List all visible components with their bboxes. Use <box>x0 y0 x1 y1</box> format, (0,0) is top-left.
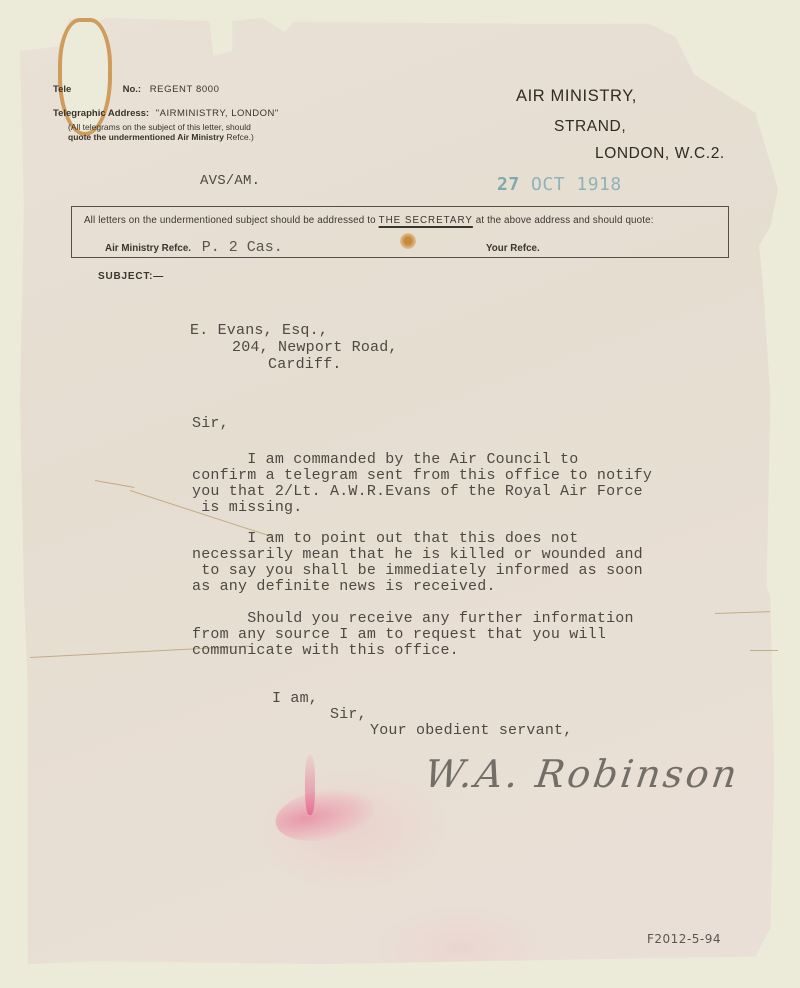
reference-box: All letters on the undermentioned subjec… <box>71 206 729 258</box>
ministry-ref-label: Air Ministry Refce. <box>105 243 191 254</box>
subject-label: SUBJECT:— <box>98 271 164 282</box>
ref-box-instruction: All letters on the undermentioned subjec… <box>84 215 654 226</box>
date-stamp-day: 27 <box>497 174 520 195</box>
body-line: confirm a telegram sent from this office… <box>192 467 652 484</box>
telegraphic-label: Telegraphic Address: <box>53 108 149 119</box>
closing-line1: I am, <box>272 690 318 707</box>
closing-line2: Sir, <box>330 706 367 723</box>
body-line: necessarily mean that he is killed or wo… <box>192 546 643 563</box>
addressee-secretary: THE SECRETARY <box>379 215 473 226</box>
org-name: AIR MINISTRY, <box>516 87 637 106</box>
body-line: as any definite news is received. <box>192 578 496 595</box>
body-line: to say you shall be immediately informed… <box>192 562 643 579</box>
pink-ink-streak <box>305 755 315 815</box>
body-line: communicate with this office. <box>192 642 459 659</box>
tear-line-5 <box>750 650 778 651</box>
date-stamp-month-year: OCT 1918 <box>531 174 622 195</box>
recipient-city: Cardiff. <box>268 356 342 373</box>
telephone-label-end: No.: <box>123 84 141 95</box>
handwritten-signature: W.A. Robinson <box>422 752 743 796</box>
body-line: I am commanded by the Air Council to <box>192 451 578 468</box>
body-line: from any source I am to request that you… <box>192 626 606 643</box>
telephone-label: Tele <box>53 84 71 95</box>
salutation: Sir, <box>192 415 229 432</box>
address-line2: LONDON, W.C.2. <box>595 145 725 163</box>
body-line: Should you receive any further informati… <box>192 610 634 627</box>
telegraphic-value: "AIRMINISTRY, LONDON" <box>156 108 279 119</box>
recipient-name: E. Evans, Esq., <box>190 322 328 339</box>
recipient-street: 204, Newport Road, <box>232 339 398 356</box>
body-line: is missing. <box>192 499 302 516</box>
catalog-number: F2012-5-94 <box>647 932 721 946</box>
your-ref-label: Your Refce. <box>486 243 540 254</box>
ministry-ref-value: P. 2 Cas. <box>202 239 283 256</box>
date-stamp: 27 OCT 1918 <box>497 174 622 195</box>
body-line: I am to point out that this does not <box>192 530 578 547</box>
ministry-ref: Air Ministry Refce. P. 2 Cas. <box>105 239 283 256</box>
telegram-note-line2: quote the undermentioned Air Ministry Re… <box>68 133 254 143</box>
reference-code: AVS/AM. <box>200 173 260 189</box>
telephone-value: REGENT 8000 <box>150 84 220 95</box>
body-line: you that 2/Lt. A.W.R.Evans of the Royal … <box>192 483 643 500</box>
address-line1: STRAND, <box>554 118 626 136</box>
closing-line3: Your obedient servant, <box>370 722 572 739</box>
